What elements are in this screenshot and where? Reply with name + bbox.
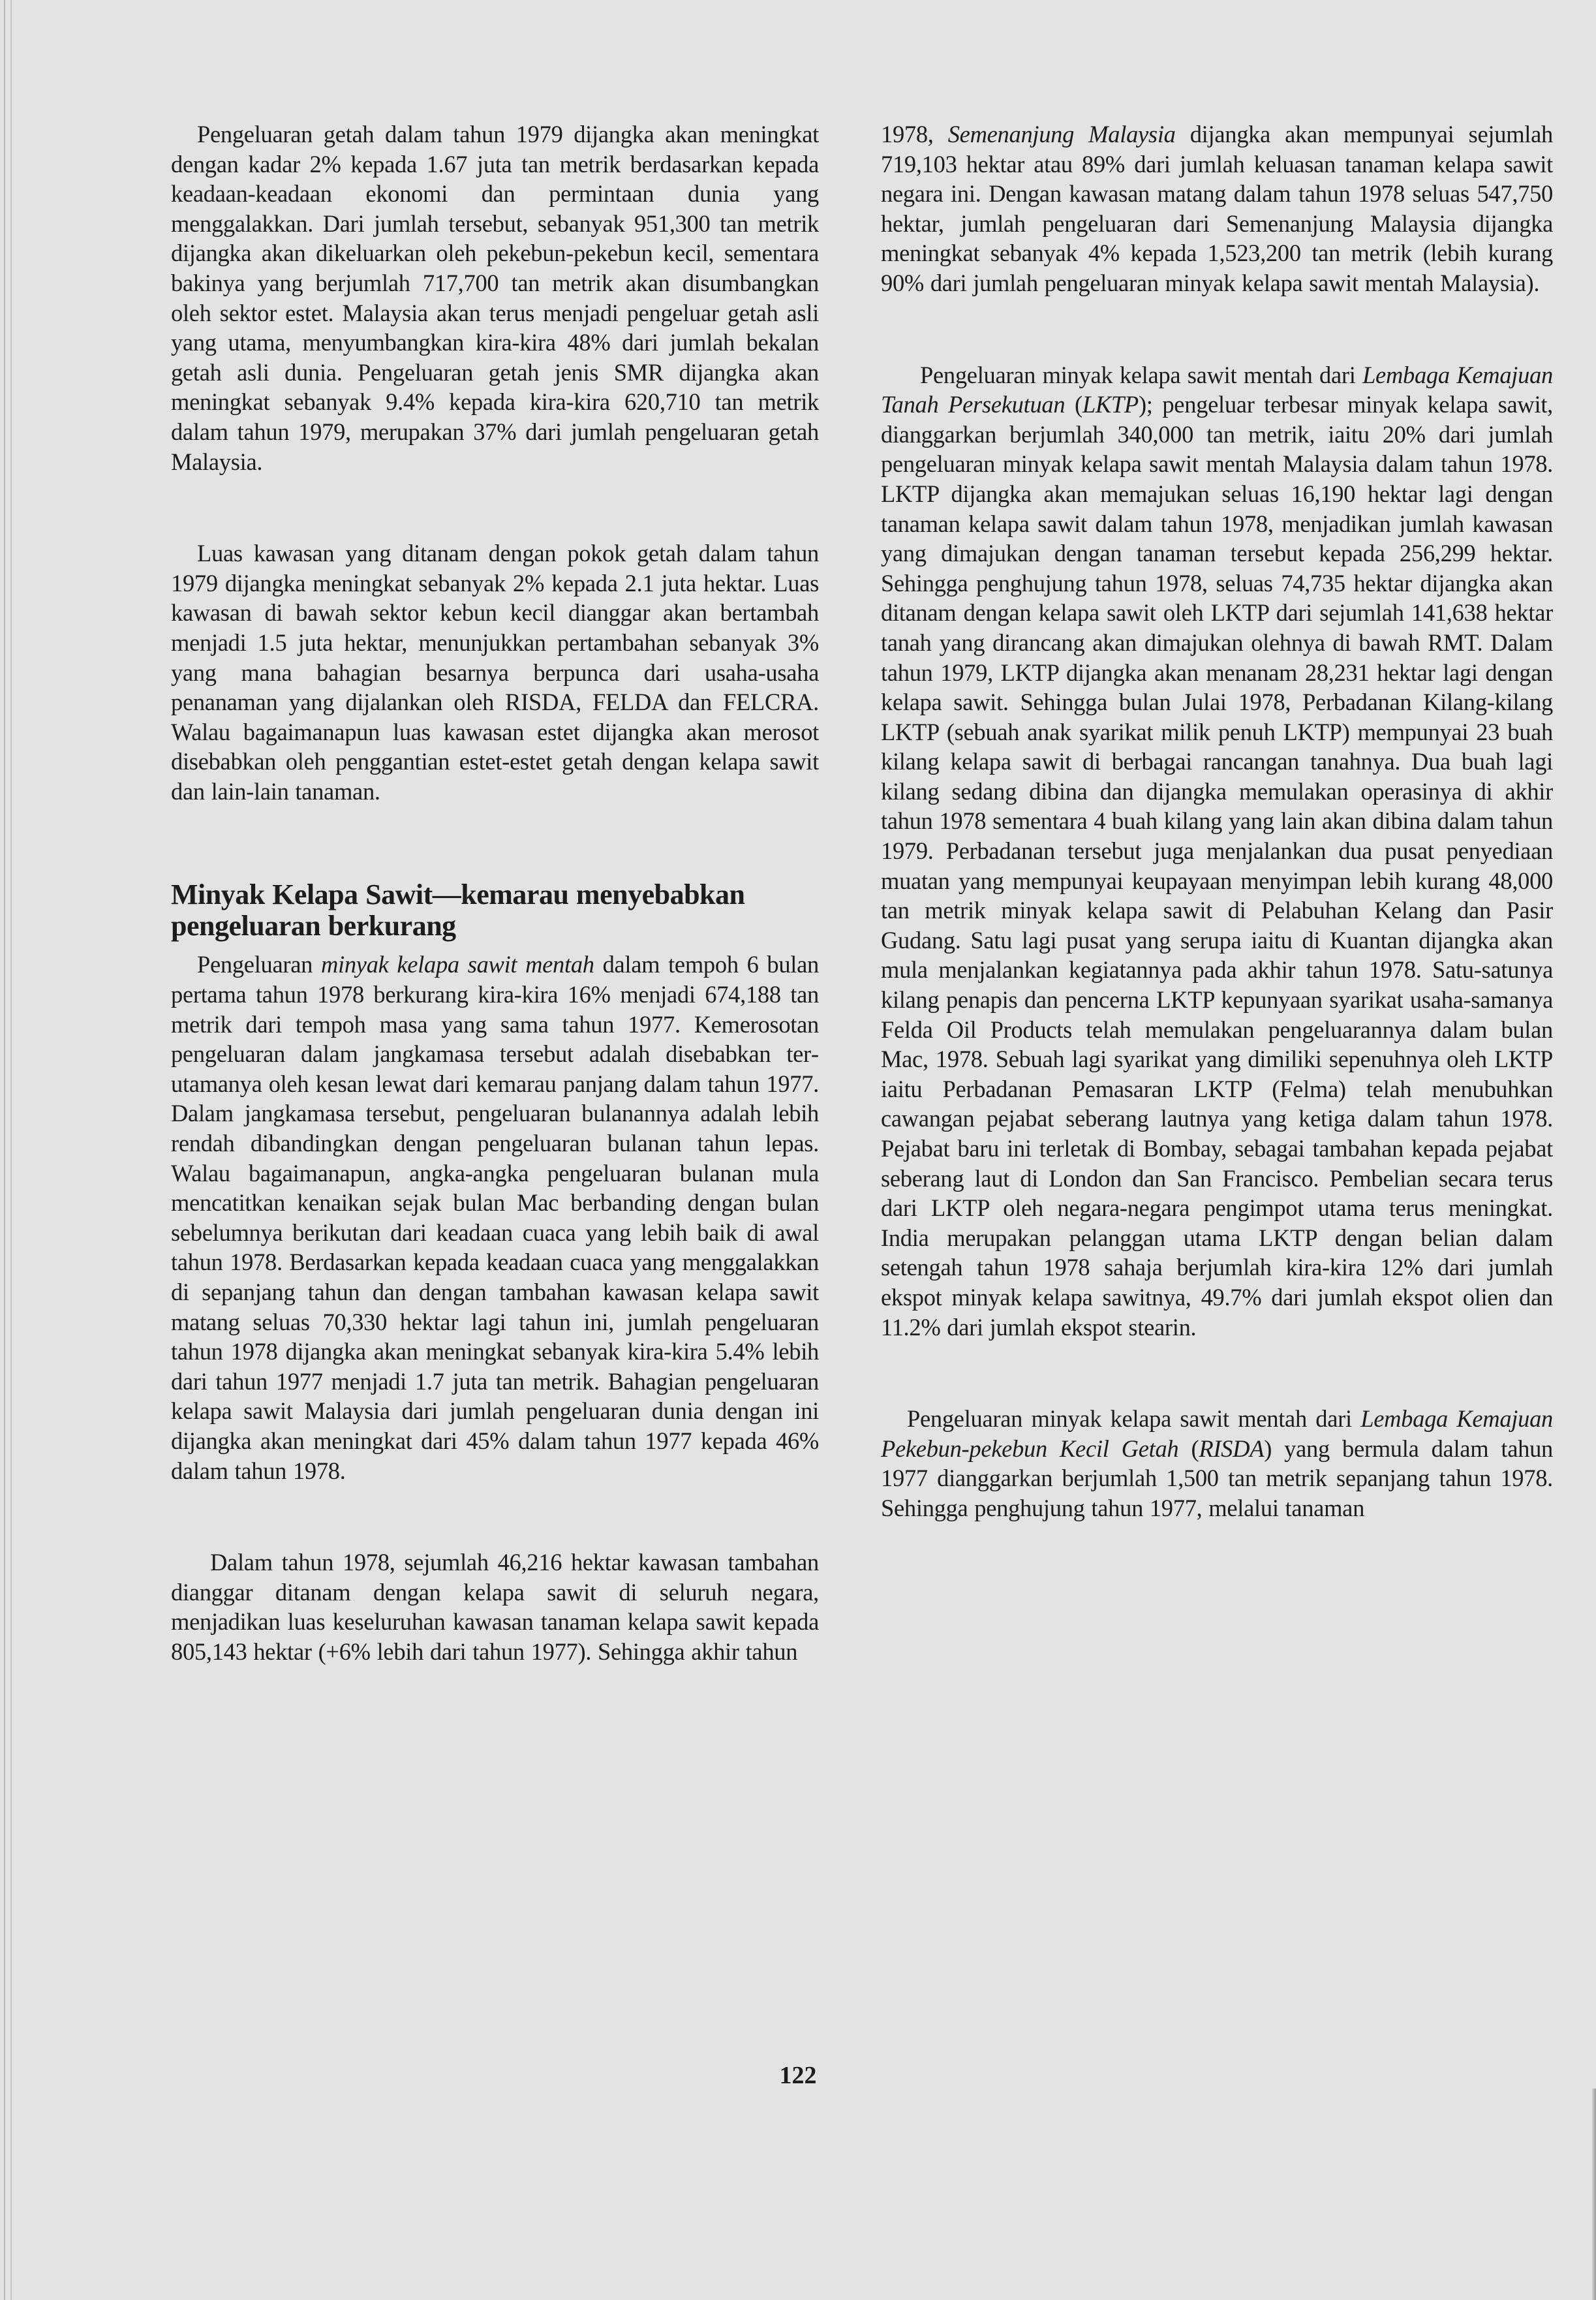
paragraph-peninsular-malaysia: 1978, Semenanjung Malaysia dijangka akan… (881, 119, 1553, 298)
paragraph-palm-oil-production: Pengeluaran minyak kelapa sawit mentah d… (171, 950, 819, 1485)
italic-term: minyak kelapa sawit mentah (321, 951, 594, 978)
paragraph-rubber-area: Luas kawasan yang ditanam dengan pokok g… (171, 538, 819, 806)
italic-abbrev: RISDA (1199, 1435, 1264, 1462)
italic-abbrev: LKTP (1082, 391, 1139, 418)
left-column: Pengeluaran getah dalam tahun 1979 dijan… (171, 119, 819, 1667)
italic-term: Semenanjung Malaysia (948, 121, 1176, 148)
paragraph-risda: Pengeluaran minyak kelapa sawit mentah d… (881, 1404, 1553, 1523)
right-column: 1978, Semenanjung Malaysia dijangka akan… (881, 119, 1553, 1523)
scan-binding-edge (4, 0, 12, 2300)
paragraph-rubber-production: Pengeluaran getah dalam tahun 1979 dijan… (171, 119, 819, 476)
section-heading-palm-oil: Minyak Kelapa Sawit—kemarau menyebab­kan… (171, 879, 819, 942)
paragraph-lktp: Pengeluaran minyak kelapa sawit mentah d… (881, 360, 1553, 1343)
paragraph-palm-oil-area: Dalam tahun 1978, sejumlah 46,216 hektar… (171, 1547, 819, 1666)
page-number: 122 (0, 2061, 1596, 2090)
scan-page-edge (1592, 2089, 1596, 2300)
